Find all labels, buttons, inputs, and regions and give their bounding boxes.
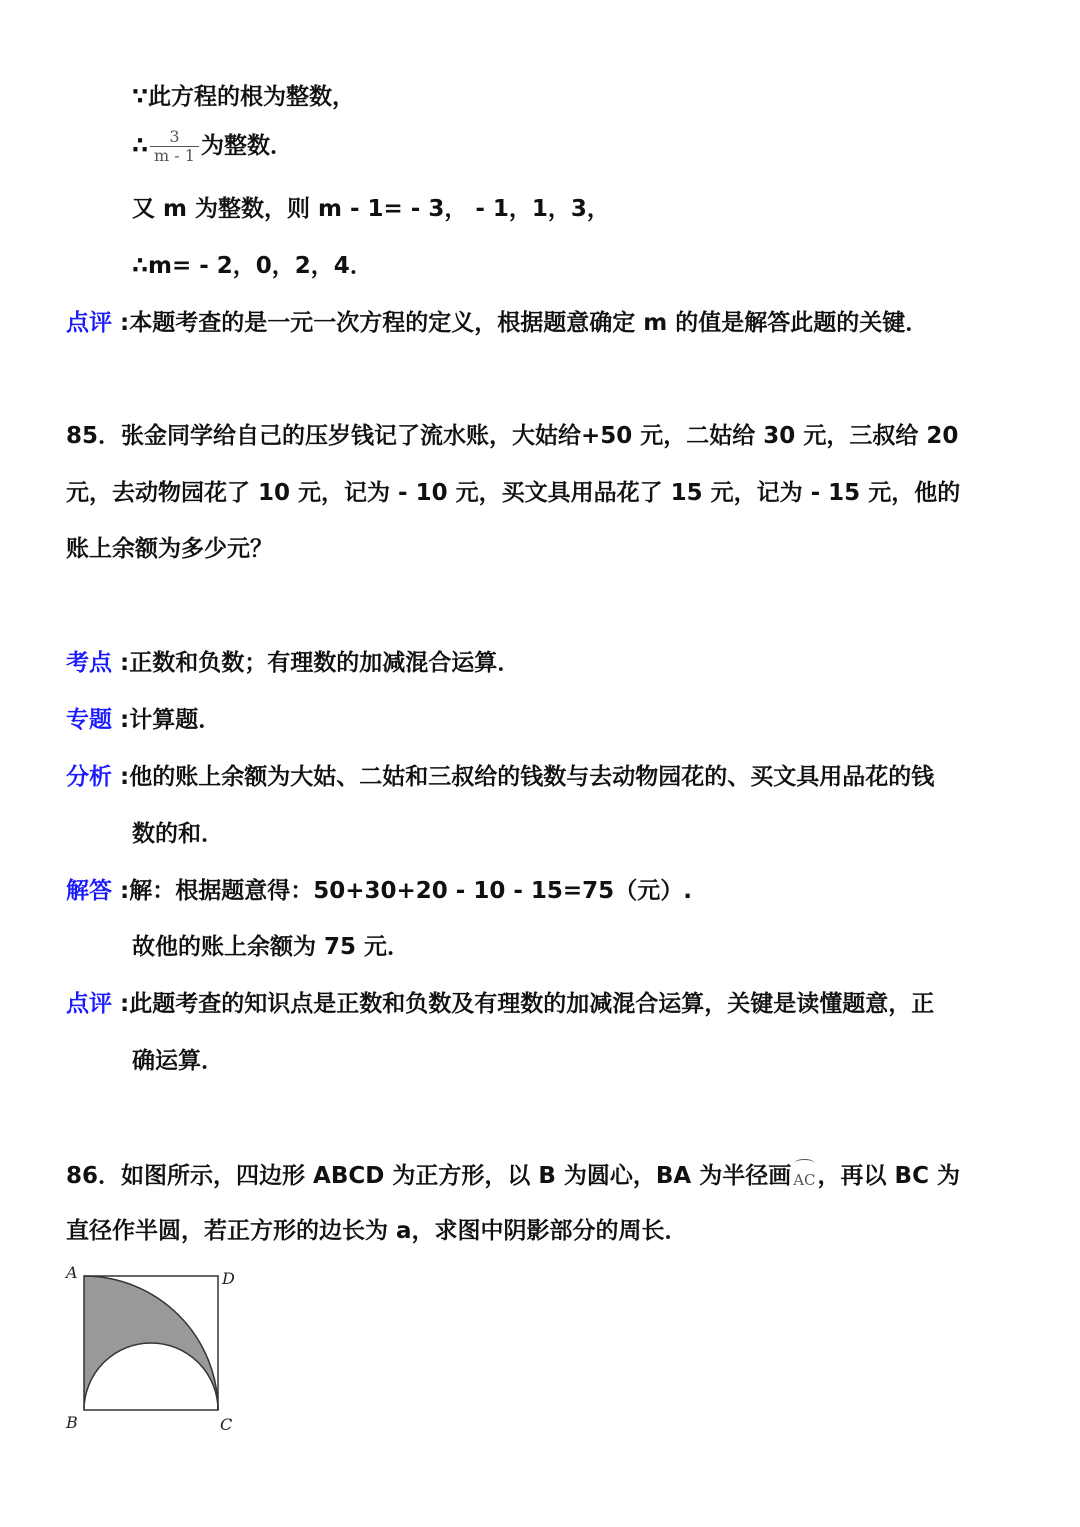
zhuanti-label: 专题 xyxy=(66,707,112,733)
prev-comment: 点评 :本题考查的是一元一次方程的定义，根据题意确定 m 的值是解答此题的关键． xyxy=(66,308,928,338)
q86-question-line-1: 86．如图所示，四边形 ABCD 为正方形，以 B 为圆心，BA 为半径画AC，… xyxy=(66,1159,960,1195)
fenxi-text-1: :他的账上余额为大姑、二姑和三叔给的钱数与去动物园花的、买文具用品花的钱 xyxy=(120,764,934,790)
q85-zhuanti: 专题 :计算题． xyxy=(66,705,221,735)
therefore-symbol: ∴ xyxy=(132,133,148,159)
kaodian-text: :正数和负数；有理数的加减混合运算． xyxy=(120,650,520,676)
square-arc-figure: A D B C xyxy=(62,1262,252,1436)
fenxi-text-2: 数的和． xyxy=(132,819,224,849)
solution-line-2: ∴3m - 1为整数． xyxy=(132,128,293,165)
solution-line-4: ∴m= - 2，0，2，4． xyxy=(132,251,373,281)
q86-question-line-2: 直径作半圆，若正方形的边长为 a，求图中阴影部分的周长． xyxy=(66,1216,688,1246)
q85-fenxi: 分析 :他的账上余额为大姑、二姑和三叔给的钱数与去动物园花的、买文具用品花的钱 xyxy=(66,762,934,792)
comment-label: 点评 xyxy=(66,310,112,336)
jieda-text-2: 故他的账上余额为 75 元． xyxy=(132,932,410,962)
dianping-label: 点评 xyxy=(66,991,112,1017)
q85-question-line-2: 元，去动物园花了 10 元，记为 - 10 元，买文具用品花了 15 元，记为 … xyxy=(66,478,960,508)
solution-line-2-text: 为整数． xyxy=(201,133,293,159)
zhuanti-text: :计算题． xyxy=(120,707,221,733)
fenxi-label: 分析 xyxy=(66,764,112,790)
fraction-denominator: m - 1 xyxy=(150,147,199,165)
solution-line-1: ∵此方程的根为整数， xyxy=(132,82,355,112)
q86-text-a: 86．如图所示，四边形 ABCD 为正方形，以 B 为圆心，BA 为半径画 xyxy=(66,1163,791,1189)
arc-ac-symbol: AC xyxy=(793,1159,815,1195)
dianping-text-2: 确运算． xyxy=(132,1046,224,1076)
vertex-c-label: C xyxy=(220,1415,232,1432)
jieda-text-1: :解：根据题意得：50+30+20 - 10 - 15=75（元）. xyxy=(120,878,692,904)
jieda-label: 解答 xyxy=(66,878,112,904)
solution-line-3: 又 m 为整数，则 m - 1= - 3， - 1，1，3， xyxy=(132,194,610,224)
vertex-a-label: A xyxy=(64,1263,78,1282)
fraction-numerator: 3 xyxy=(150,128,199,147)
q85-dianping: 点评 :此题考查的知识点是正数和负数及有理数的加减混合运算，关键是读懂题意，正 xyxy=(66,989,934,1019)
q85-question-line-3: 账上余额为多少元？ xyxy=(66,534,273,564)
q86-text-b: ，再以 BC 为 xyxy=(818,1163,960,1189)
kaodian-label: 考点 xyxy=(66,650,112,676)
q85-kaodian: 考点 :正数和负数；有理数的加减混合运算． xyxy=(66,648,520,678)
dianping-text-1: :此题考查的知识点是正数和负数及有理数的加减混合运算，关键是读懂题意，正 xyxy=(120,991,934,1017)
vertex-d-label: D xyxy=(221,1269,235,1288)
fraction: 3m - 1 xyxy=(150,128,199,165)
comment-text: :本题考查的是一元一次方程的定义，根据题意确定 m 的值是解答此题的关键． xyxy=(120,310,928,336)
q85-jieda: 解答 :解：根据题意得：50+30+20 - 10 - 15=75（元）. xyxy=(66,876,692,906)
geometry-diagram: A D B C xyxy=(62,1262,252,1432)
q85-question-line-1: 85．张金同学给自己的压岁钱记了流水账，大姑给+50 元，二姑给 30 元，三叔… xyxy=(66,421,958,451)
vertex-b-label: B xyxy=(65,1413,78,1432)
